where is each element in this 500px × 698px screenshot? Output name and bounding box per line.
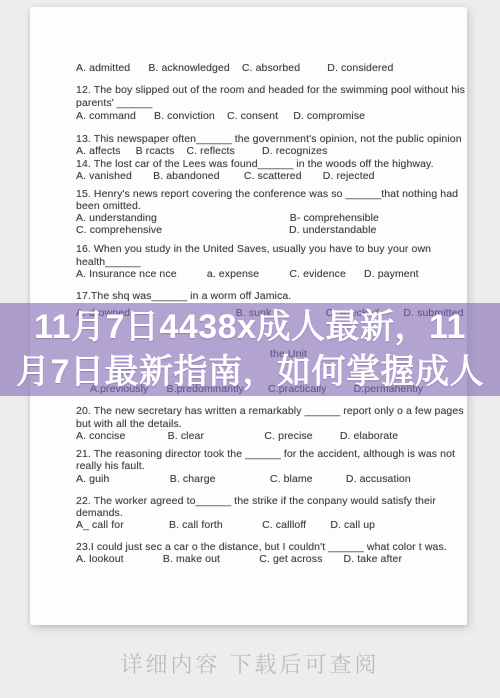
doc-line-options-15-cd: C. comprehensive D. understandable: [76, 224, 376, 236]
doc-line-q23: 23.I could just sec a car o the distance…: [76, 541, 447, 553]
doc-line-q13: 13. This newspaper often______ the gover…: [76, 133, 462, 145]
doc-line-options-21: A. guih B. charge C. blame D. accusation: [76, 473, 411, 485]
overlay-title-line2: 月7日最新指南，如何掌握成人: [0, 350, 500, 395]
doc-line-q22-cont: demands.: [76, 507, 123, 519]
doc-line-options-12: A. command B. conviction C. consent D. c…: [76, 110, 365, 122]
doc-line-options-23: A. lookout B. make out C. get across D. …: [76, 553, 402, 565]
overlay-title-line1: 11月7日4438x成人最新，11: [0, 305, 500, 350]
doc-line-q15-cont: been omitted.: [76, 200, 141, 212]
title-overlay-banner: 11月7日4438x成人最新，11 月7日最新指南，如何掌握成人: [0, 303, 500, 396]
doc-line-options-14: A. vanished B. abandoned C. scattered D.…: [76, 170, 375, 182]
doc-line-q16-cont: health______: [76, 256, 141, 268]
doc-line-q20-cont: but with all the details.: [76, 418, 182, 430]
doc-line-q16: 16. When you study in the United Saves, …: [76, 243, 431, 255]
doc-line-q20: 20. The new secretary has written a rema…: [76, 405, 464, 417]
doc-line-q21: 21. The reasoning director took the ____…: [76, 448, 455, 460]
doc-line-q12-cont: parents' ______: [76, 97, 152, 109]
doc-line-q12: 12. The boy slipped out of the room and …: [76, 84, 465, 96]
doc-line-q14: 14. The lost car of the Lees was found__…: [76, 158, 434, 170]
overlay-title: 11月7日4438x成人最新，11 月7日最新指南，如何掌握成人: [0, 305, 500, 395]
doc-line-q17: 17.The shq was______ in a worm off Jamic…: [76, 290, 291, 302]
doc-line-q21-cont: really his fault.: [76, 460, 145, 472]
doc-line-q22: 22. The worker agreed to______ the strik…: [76, 495, 436, 507]
doc-line-options-16: A. Insurance nce nce a. expense C. evide…: [76, 268, 419, 280]
doc-line-options-22: A_ call for B. call forth C. callloff D.…: [76, 519, 375, 531]
doc-line-options-20: A. concise B. clear C. precise D. elabor…: [76, 430, 398, 442]
doc-line-options-13: A. affects B rcacts C. reflects D. recog…: [76, 145, 327, 157]
doc-line-options-15-ab: A. understanding B- comprehensible: [76, 212, 379, 224]
doc-line-options-11: A. admitted B. acknowledged C. absorbed …: [76, 62, 393, 74]
footer-note: 详细内容 下载后可查阅: [0, 648, 500, 679]
doc-line-q15: 15. Henry's news report covering the con…: [76, 188, 458, 200]
